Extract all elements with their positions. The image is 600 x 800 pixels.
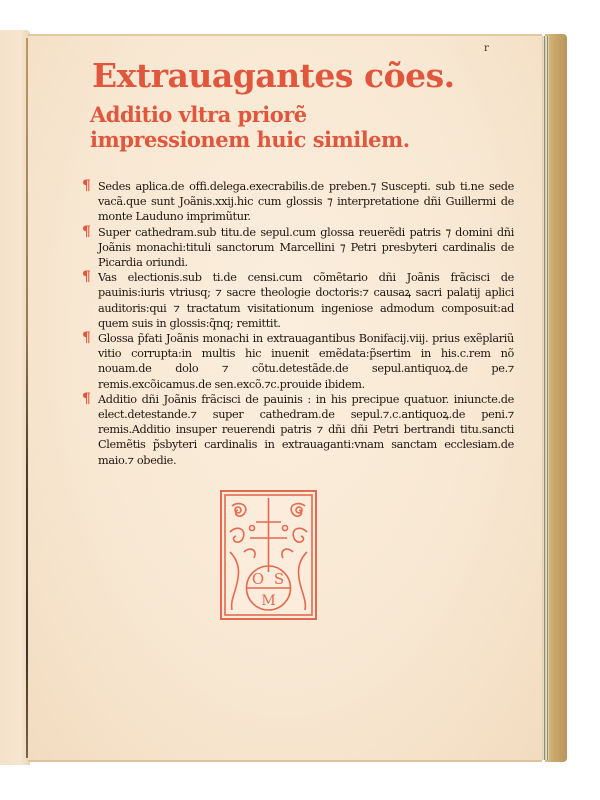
device-letter-m: M bbox=[261, 593, 275, 609]
paragraph-text: Super cathedram.sub titu.de sepul.cum gl… bbox=[98, 226, 514, 269]
device-letter-s: S bbox=[274, 570, 284, 588]
pilcrow-icon: ¶ bbox=[82, 331, 91, 346]
paragraph-text: Sedes aplica.de offi.delega.execrabilis.… bbox=[98, 180, 514, 223]
page-subtitle: Additio vltra priorẽ impressionem huic s… bbox=[90, 102, 470, 152]
contents-paragraph: ¶ Super cathedram.sub titu.de sepul.cum … bbox=[82, 225, 514, 271]
pilcrow-icon: ¶ bbox=[82, 270, 91, 285]
pilcrow-icon: ¶ bbox=[82, 225, 91, 240]
printers-device: O S M bbox=[220, 490, 317, 620]
pilcrow-icon: ¶ bbox=[82, 392, 91, 407]
title-page: r Extrauagantes cões. Additio vltra prio… bbox=[28, 34, 542, 762]
contents-paragraph: ¶ Additio dñi Joãnis frãcisci de pauinis… bbox=[82, 392, 514, 468]
printers-mark-icon: O S M bbox=[222, 492, 315, 618]
contents-paragraph: ¶ Glossa p̃fati Joãnis monachi in extrau… bbox=[82, 331, 514, 392]
pilcrow-icon: ¶ bbox=[82, 179, 91, 194]
folio-mark: r bbox=[484, 43, 489, 54]
contents-paragraph: ¶ Sedes aplica.de offi.delega.execrabili… bbox=[82, 179, 514, 225]
page-title: Extrauagantes cões. bbox=[92, 56, 455, 95]
paragraph-text: Vas electionis.sub ti.de censi.cum cõmẽt… bbox=[98, 271, 514, 330]
contents-list: ¶ Sedes aplica.de offi.delega.execrabili… bbox=[82, 179, 514, 468]
contents-paragraph: ¶ Vas electionis.sub ti.de censi.cum cõm… bbox=[82, 270, 514, 331]
device-letter-o: O bbox=[252, 570, 264, 588]
paragraph-text: Glossa p̃fati Joãnis monachi in extrauag… bbox=[98, 332, 514, 391]
paragraph-text: Additio dñi Joãnis frãcisci de pauinis :… bbox=[98, 393, 514, 467]
